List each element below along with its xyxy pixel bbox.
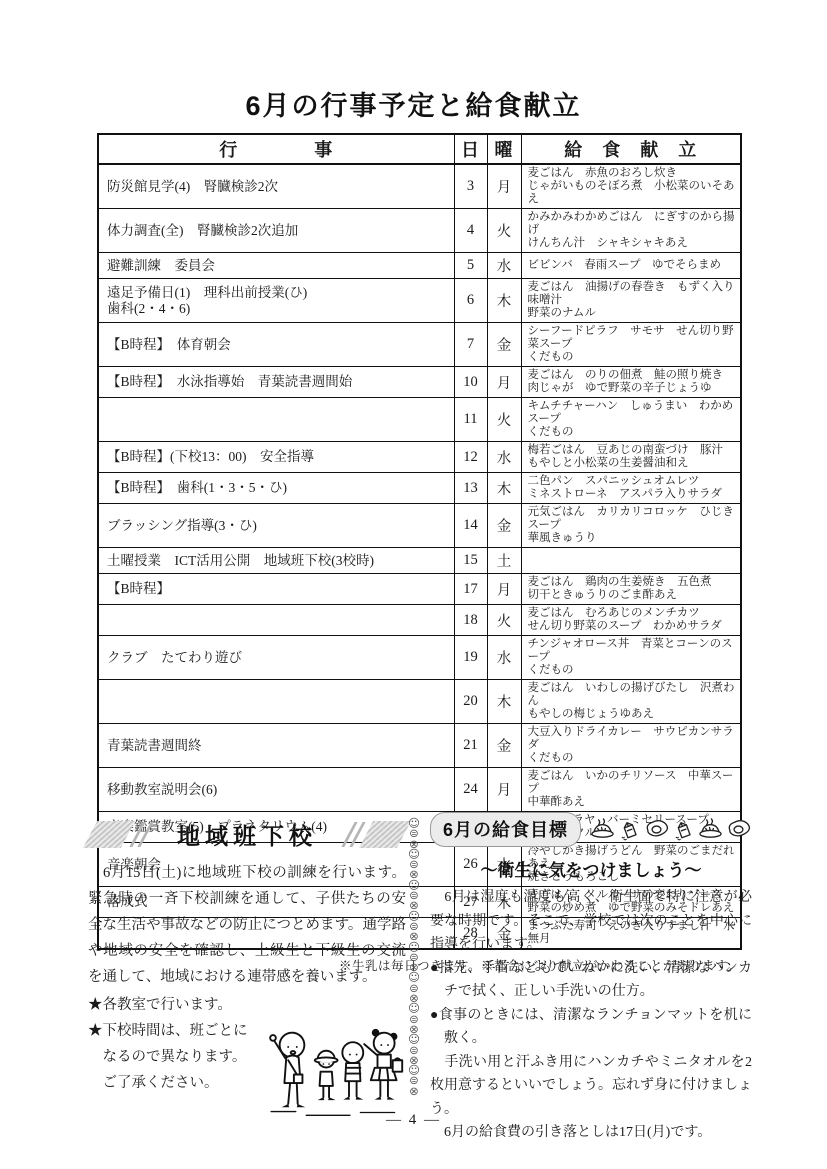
header-event: 行 事 xyxy=(98,134,454,164)
event-cell: 【B時程】 歯科(1・3・5・ひ) xyxy=(98,473,454,504)
event-cell: 【B時程】 xyxy=(98,574,454,605)
weekday-cell: 金 xyxy=(487,724,521,768)
weekday-cell: 木 xyxy=(487,680,521,724)
lunch-goal-intro: 6月は湿度も温度も高く、衛生面で特に注意が必要な時期です。そこで、学校では次のこ… xyxy=(430,886,752,957)
schedule-row: 18火麦ごはん むろあじのメンチカツ せん切り野菜のスープ わかめサラダ xyxy=(98,605,741,636)
weekday-cell: 木 xyxy=(487,279,521,323)
schedule-row: 【B時程】 歯科(1・3・5・ひ)13木二色パン スパニッシュオムレツ ミネスト… xyxy=(98,473,741,504)
event-cell: 青葉読書週間終 xyxy=(98,724,454,768)
weekday-cell: 月 xyxy=(487,768,521,812)
day-cell: 24 xyxy=(454,768,487,812)
steaming-dish-icon xyxy=(590,818,615,841)
schedule-row: 防災館見学(4) 腎臓検診2次3月麦ごはん 赤魚のおろし炊き じゃがいものそぼろ… xyxy=(98,164,741,209)
schedule-row: 【B時程】 水泳指導始 青葉読書週間始10月麦ごはん のりの佃煮 鮭の照り焼き … xyxy=(98,367,741,398)
fried-egg-icon xyxy=(644,819,669,840)
schedule-row: 【B時程】 体育朝会7金シーフードピラフ サモサ せん切り野菜スープ くだもの xyxy=(98,323,741,367)
schedule-row: クラブ たてわり遊び19水チンジャオロース丼 青菜とコーンのスープ くだもの xyxy=(98,636,741,680)
weekday-cell: 水 xyxy=(487,253,521,279)
lunch-goal-bullet-2: ●食事のときには、清潔なランチョンマットを机に敷く。 xyxy=(430,1004,752,1051)
day-cell: 4 xyxy=(454,209,487,253)
milk-carton-icon xyxy=(618,818,641,841)
event-cell xyxy=(98,605,454,636)
schedule-row: 【B時程】17月麦ごはん 鶏肉の生姜焼き 五色煮 切干ときゅうりのごま酢あえ xyxy=(98,574,741,605)
day-cell: 19 xyxy=(454,636,487,680)
children-walking-illustration xyxy=(254,1002,406,1128)
day-cell: 3 xyxy=(454,164,487,209)
header-weekday: 曜 xyxy=(487,134,521,164)
day-cell: 6 xyxy=(454,279,487,323)
weekday-cell: 金 xyxy=(487,323,521,367)
day-cell: 20 xyxy=(454,680,487,724)
event-cell: 土曜授業 ICT活用公開 地域班下校(3校時) xyxy=(98,548,454,574)
weekday-cell: 金 xyxy=(487,504,521,548)
day-cell: 15 xyxy=(454,548,487,574)
event-cell: 体力調査(全) 腎臓検診2次追加 xyxy=(98,209,454,253)
community-group-walk-article: 地域班下校 6月15日(土)に地域班下校の訓練を行います。緊急時の一斉下校訓練を… xyxy=(88,816,406,1128)
day-cell: 12 xyxy=(454,442,487,473)
event-cell: 【B時程】(下校13：00) 安全指導 xyxy=(98,442,454,473)
event-cell xyxy=(98,680,454,724)
weekday-cell: 木 xyxy=(487,473,521,504)
day-cell: 14 xyxy=(454,504,487,548)
menu-cell: 麦ごはん いかのチリソース 中華スープ 中華酢あえ xyxy=(521,768,741,812)
weekday-cell: 土 xyxy=(487,548,521,574)
event-cell: 【B時程】 水泳指導始 青葉読書週間始 xyxy=(98,367,454,398)
menu-cell: キムチチャーハン しゅうまい わかめスープ くだもの xyxy=(521,398,741,442)
weekday-cell: 月 xyxy=(487,164,521,209)
lunch-goal-badge: 6月の給食目標 xyxy=(430,812,581,847)
menu-cell: 二色パン スパニッシュオムレツ ミネストローネ アスパラ入りサラダ xyxy=(521,473,741,504)
menu-cell: 麦ごはん のりの佃煮 鮭の照り焼き 肉じゃが ゆで野菜の辛子じょうゆ xyxy=(521,367,741,398)
lunch-goal-article: 6月の給食目標 ～衛生に気をつけましょう～ 6月は湿度も温度も高く、衛生面で特に… xyxy=(430,812,752,1145)
schedule-row: 青葉読書週間終21金大豆入りドライカレー サウピカンサラダ くだもの xyxy=(98,724,741,768)
event-cell: 移動教室説明会(6) xyxy=(98,768,454,812)
menu-cell: 麦ごはん むろあじのメンチカツ せん切り野菜のスープ わかめサラダ xyxy=(521,605,741,636)
schedule-row: 11火キムチチャーハン しゅうまい わかめスープ くだもの xyxy=(98,398,741,442)
menu-cell: シーフードピラフ サモサ せん切り野菜スープ くだもの xyxy=(521,323,741,367)
event-cell: 【B時程】 体育朝会 xyxy=(98,323,454,367)
schedule-row: 体力調査(全) 腎臓検診2次追加4火かみかみわかめごはん にぎすのから揚げ けん… xyxy=(98,209,741,253)
article-title-row: 地域班下校 xyxy=(88,816,406,852)
day-cell: 18 xyxy=(454,605,487,636)
schedule-row: 【B時程】(下校13：00) 安全指導12水梅若ごはん 豆あじの南蛮づけ 豚汁 … xyxy=(98,442,741,473)
weekday-cell: 水 xyxy=(487,442,521,473)
weekday-cell: 月 xyxy=(487,367,521,398)
schedule-row: 避難訓練 委員会5水ビビンバ 春雨スープ ゆでそらまめ xyxy=(98,253,741,279)
article-bullets: ★各教室で行います。 ★下校時間は、班ごとになるので異なります。ご了承ください。 xyxy=(88,992,406,1096)
menu-cell: ビビンバ 春雨スープ ゆでそらまめ xyxy=(521,253,741,279)
menu-cell: チンジャオロース丼 青菜とコーンのスープ くだもの xyxy=(521,636,741,680)
weekday-cell: 火 xyxy=(487,605,521,636)
day-cell: 17 xyxy=(454,574,487,605)
menu-cell: 大豆入りドライカレー サウピカンサラダ くだもの xyxy=(521,724,741,768)
lunch-goal-bullet-1: ●指先、手首などもていねいに洗い、清潔なハンカチで拭く、正しい手洗いの仕方。 xyxy=(430,957,752,1004)
food-icons-strip xyxy=(590,818,751,841)
fried-egg-icon xyxy=(726,819,751,840)
weekday-cell: 月 xyxy=(487,574,521,605)
lunch-goal-advice: 手洗い用と汗ふき用にハンカチやミニタオルを2枚用意するといいでしょう。忘れず身に… xyxy=(430,1051,752,1122)
schedule-row: 移動教室説明会(6)24月麦ごはん いかのチリソース 中華スープ 中華酢あえ xyxy=(98,768,741,812)
weekday-cell: 火 xyxy=(487,209,521,253)
event-cell: 防災館見学(4) 腎臓検診2次 xyxy=(98,164,454,209)
menu-cell: 麦ごはん 赤魚のおろし炊き じゃがいものそぼろ煮 小松菜のいそあえ xyxy=(521,164,741,209)
smiley-circle-divider: ☺⊜⊗☺⊜⊗☺⊜⊗☺⊜⊗☺⊜⊗☺⊜⊗☺⊜⊗☺⊜⊗☺⊜⊗ xyxy=(406,818,422,1096)
event-cell: 遠足予備日(1) 理科出前授業(ひ) 歯科(2・4・6) xyxy=(98,279,454,323)
menu-cell: かみかみわかめごはん にぎすのから揚げ けんちん汁 シャキシャキあえ xyxy=(521,209,741,253)
milk-carton-icon xyxy=(672,818,695,841)
menu-cell xyxy=(521,548,741,574)
weekday-cell: 火 xyxy=(487,398,521,442)
menu-cell: 麦ごはん 鶏肉の生姜焼き 五色煮 切干ときゅうりのごま酢あえ xyxy=(521,574,741,605)
day-cell: 7 xyxy=(454,323,487,367)
schedule-row: ブラッシング指導(3・ひ)14金元気ごはん カリカリコロッケ ひじきスープ 華風… xyxy=(98,504,741,548)
page-title: 6月の行事予定と給食献立 xyxy=(0,84,827,123)
event-cell: 避難訓練 委員会 xyxy=(98,253,454,279)
weekday-cell: 水 xyxy=(487,636,521,680)
header-day: 日 xyxy=(454,134,487,164)
event-cell xyxy=(98,398,454,442)
day-cell: 21 xyxy=(454,724,487,768)
menu-cell: 麦ごはん 油揚げの春巻き もずく入り味噌汁 野菜のナムル xyxy=(521,279,741,323)
lunch-goal-header: 6月の給食目標 xyxy=(430,812,752,847)
article-paragraph: 6月15日(土)に地域班下校の訓練を行います。緊急時の一斉下校訓練を通して、子供… xyxy=(88,860,406,990)
day-cell: 11 xyxy=(454,398,487,442)
schedule-header-row: 行 事 日 曜 給 食 献 立 xyxy=(98,134,741,164)
day-cell: 5 xyxy=(454,253,487,279)
menu-cell: 元気ごはん カリカリコロッケ ひじきスープ 華風きゅうり xyxy=(521,504,741,548)
hatched-decoration-right-icon xyxy=(344,821,406,848)
header-menu: 給 食 献 立 xyxy=(521,134,741,164)
steaming-dish-icon xyxy=(698,818,723,841)
event-cell: クラブ たてわり遊び xyxy=(98,636,454,680)
smiley-circle-icon: ⊗ xyxy=(409,1086,419,1096)
day-cell: 10 xyxy=(454,367,487,398)
menu-cell: 麦ごはん いわしの揚げびたし 沢煮わん もやしの梅じょうゆあえ xyxy=(521,680,741,724)
event-cell: ブラッシング指導(3・ひ) xyxy=(98,504,454,548)
page-number: ― 4 ― xyxy=(0,1112,827,1129)
hatched-decoration-left-icon xyxy=(88,821,150,848)
article-title: 地域班下校 xyxy=(177,818,317,851)
schedule-row: 遠足予備日(1) 理科出前授業(ひ) 歯科(2・4・6)6木麦ごはん 油揚げの春… xyxy=(98,279,741,323)
menu-cell: 梅若ごはん 豆あじの南蛮づけ 豚汁 もやしと小松菜の生姜醤油和え xyxy=(521,442,741,473)
schedule-row: 土曜授業 ICT活用公開 地域班下校(3校時)15土 xyxy=(98,548,741,574)
day-cell: 13 xyxy=(454,473,487,504)
newsletter-page: 6月の行事予定と給食献立 行 事 日 曜 給 食 献 立 防災館見学(4) 腎臓… xyxy=(0,0,827,1169)
hygiene-subtitle: ～衛生に気をつけましょう～ xyxy=(430,856,752,881)
schedule-row: 20木麦ごはん いわしの揚げびたし 沢煮わん もやしの梅じょうゆあえ xyxy=(98,680,741,724)
